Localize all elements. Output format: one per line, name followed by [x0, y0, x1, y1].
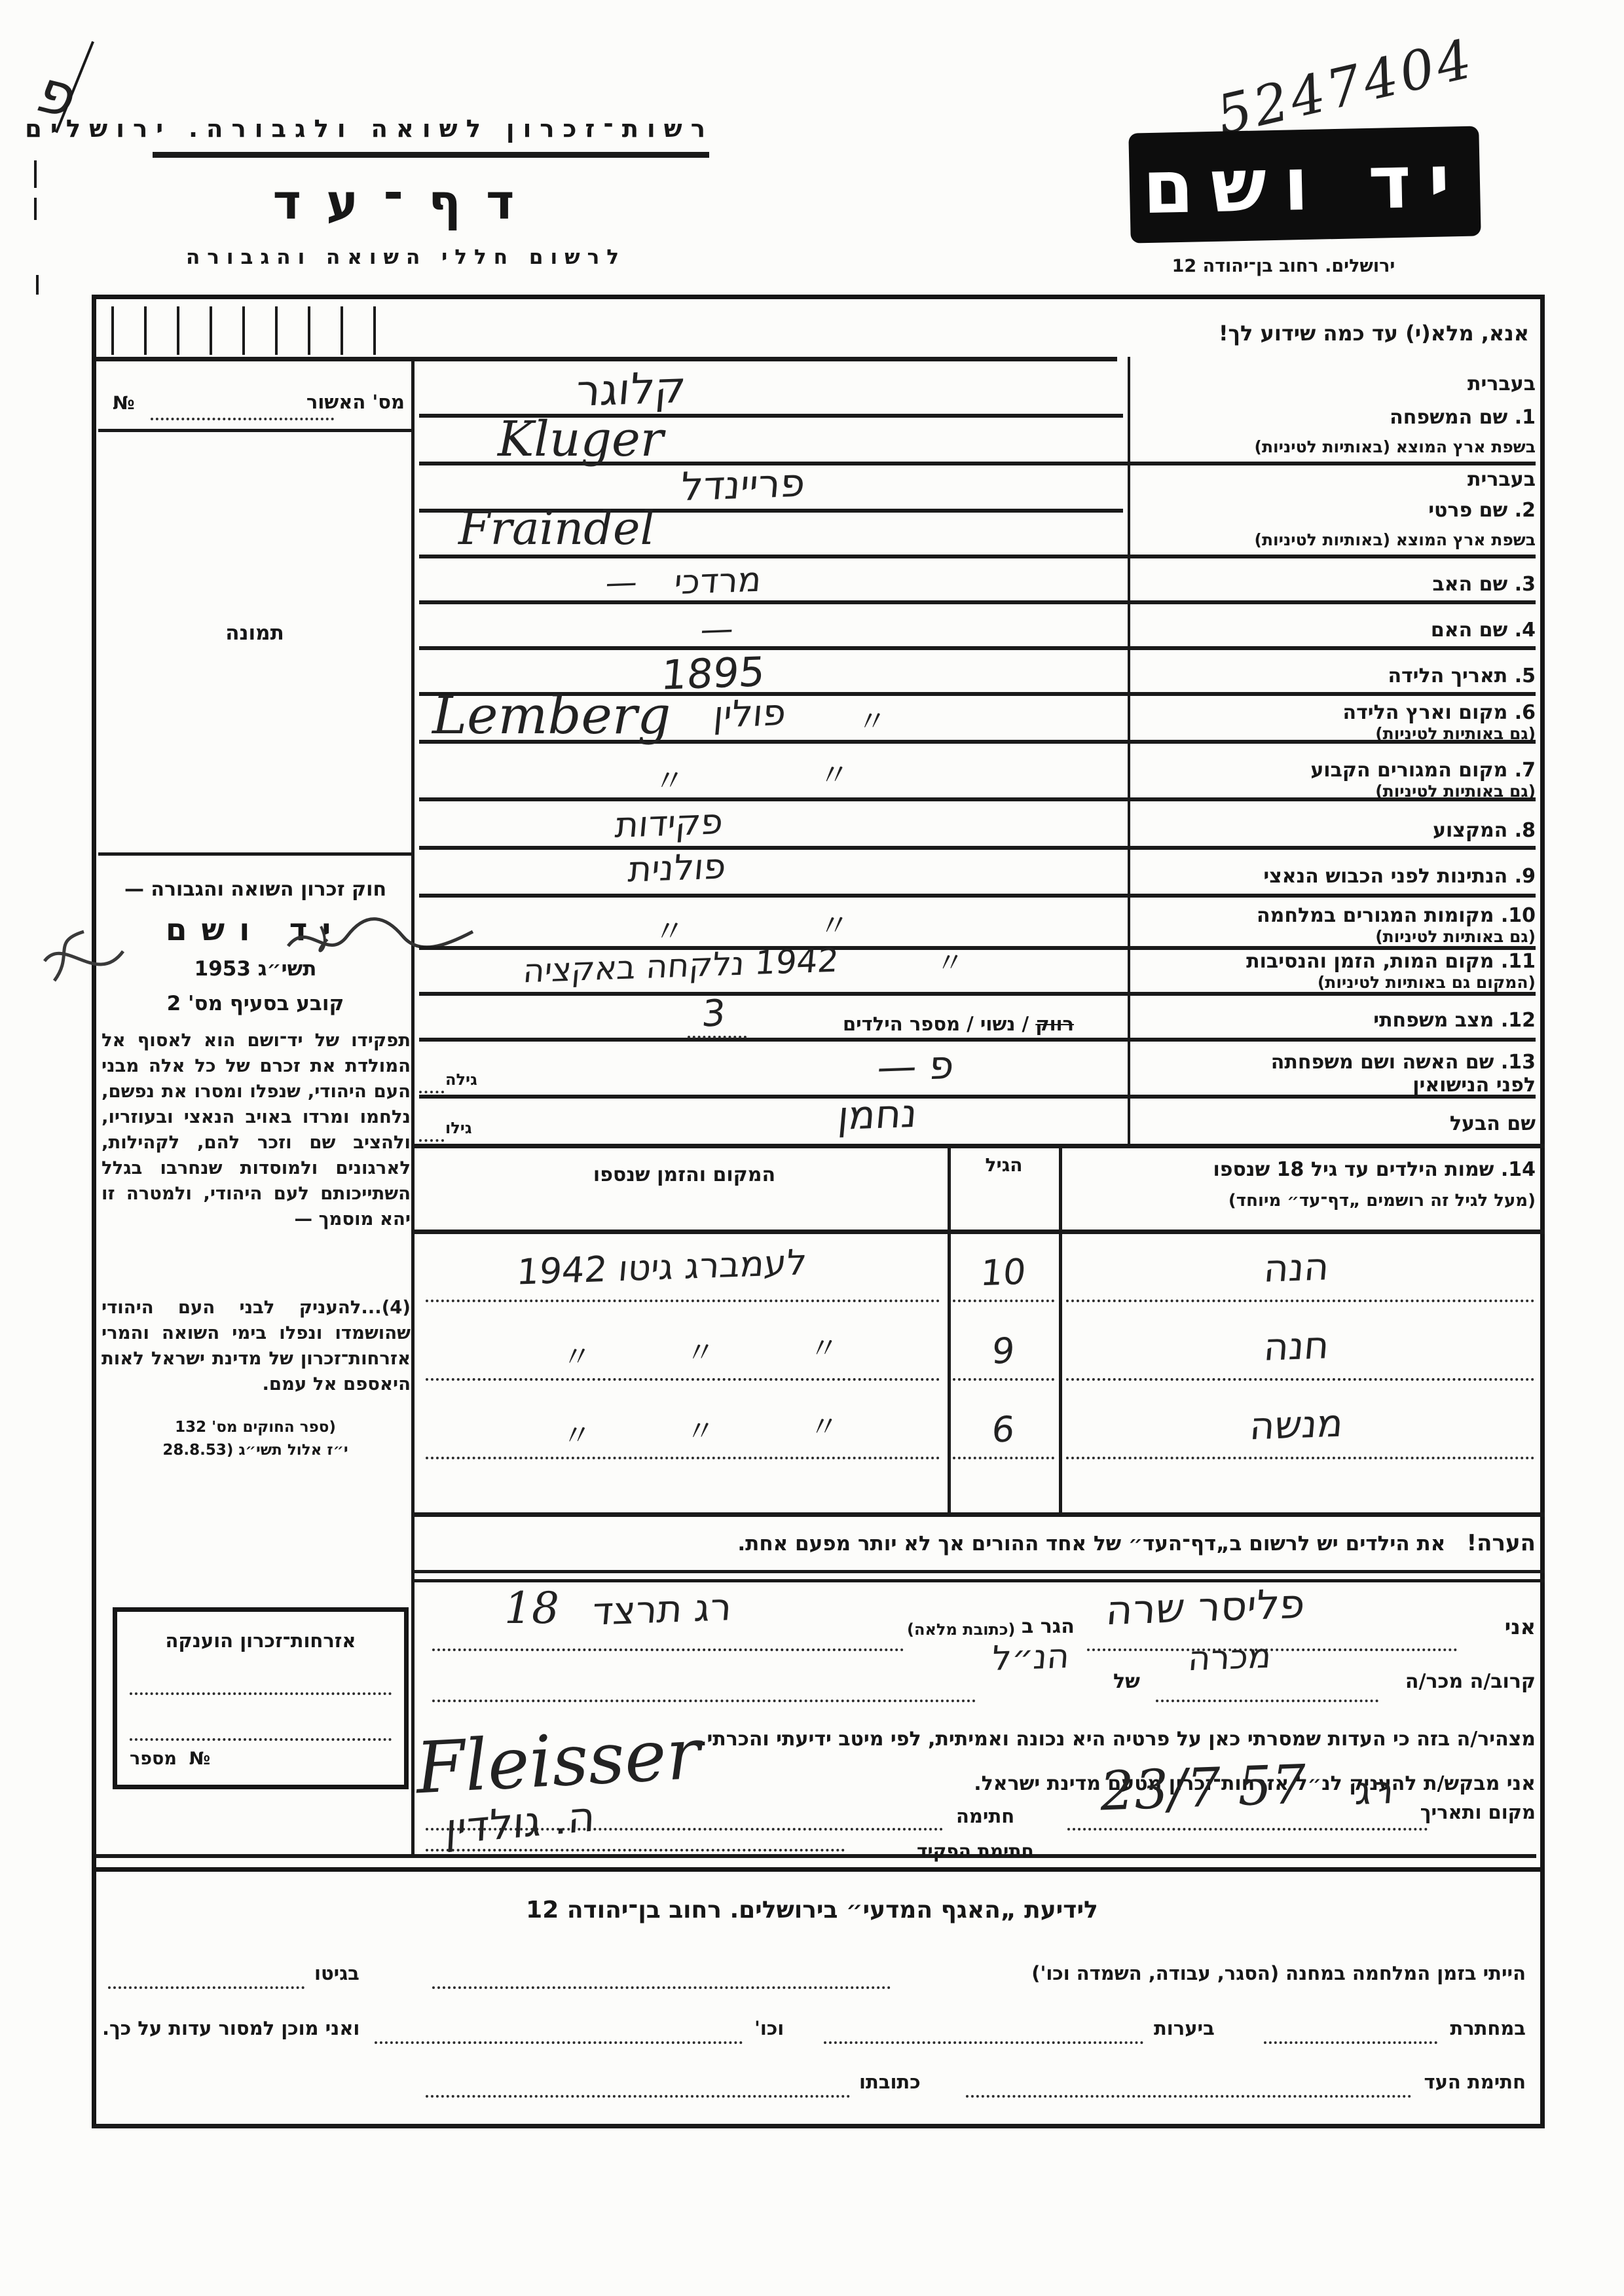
- father-name-dash-hw: —: [604, 564, 638, 602]
- field5-label: 5. תאריך הלידה: [1388, 665, 1536, 687]
- field-line-4: [419, 646, 1536, 650]
- field6-sublabel: (גם באותיות לטיניות): [1375, 725, 1536, 743]
- table-row-line: [426, 1378, 940, 1381]
- father-name-hw: מרדכי: [673, 560, 763, 603]
- serial-tick: [341, 306, 343, 355]
- approval-no-sign: №: [113, 393, 135, 413]
- family-name-latin-hw: Kluger: [498, 411, 663, 467]
- field11-sublabel: (המקום גם באותיות לטיניות): [1318, 974, 1536, 992]
- table-row-line: [1066, 1300, 1534, 1302]
- wife-age-line: [419, 1091, 444, 1093]
- mother-name-hw: —: [699, 610, 735, 649]
- declaration-line: מצהיר/ה בזה כי העדות שמסרתי כאן על פרטיה…: [699, 1728, 1536, 1751]
- wife-age-label: גילה: [445, 1071, 477, 1089]
- child-age-hw: 6: [949, 1407, 1058, 1452]
- citizenship-line: [130, 1738, 392, 1741]
- margin-tick: [36, 275, 39, 295]
- field1-sublabel: בשפת ארץ המוצא (באותיות לטיניות): [1255, 438, 1536, 456]
- note-label: הערה!: [1467, 1530, 1536, 1556]
- witness-addr-label: כתובתו: [859, 2071, 921, 2092]
- table-row-line: [953, 1378, 1054, 1381]
- field3-label: 3. שם האב: [1432, 574, 1536, 596]
- table-col-divider: [948, 1144, 951, 1517]
- field7-label: 7. מקום המגורים הקבוע: [1310, 759, 1536, 782]
- law-body: תפקידו של יד־ושם הוא לאסוף אל המולדת את …: [101, 1028, 411, 1232]
- form-title: דף־עד: [98, 175, 714, 230]
- field-line-13: [419, 1095, 1536, 1099]
- margin-scribble: [38, 915, 130, 994]
- serial-tick: [275, 306, 278, 355]
- birth-year-hw: 1895: [659, 647, 767, 699]
- law-section-line: קובע בסעיף מס' 2: [101, 993, 409, 1015]
- clerk-signature-line: [426, 1849, 845, 1851]
- residence-ditto-hw: 〃 〃: [653, 751, 852, 801]
- approval-number-line: [151, 418, 334, 420]
- first-name-latin-hw: Fraindel: [458, 501, 655, 555]
- serial-tick: [373, 306, 376, 355]
- table-row-line: [953, 1457, 1054, 1459]
- labels-column-divider: [1128, 357, 1130, 1146]
- child-age-hw: 9: [949, 1328, 1058, 1374]
- table-bottom-rule: [415, 1512, 1545, 1517]
- left-col-rule: [98, 852, 411, 856]
- relation-line: [1156, 1700, 1378, 1702]
- table-header-names-sub: (מעל לגיל זה רושמים „דף־עד״ מיוחד): [1228, 1192, 1536, 1211]
- husband-age-label: גילו: [445, 1120, 472, 1137]
- serial-tick: [111, 306, 114, 355]
- table-row-line: [1066, 1457, 1534, 1459]
- law-heading: חוק זכרון השואה והגבורה —: [101, 879, 409, 901]
- husband-age-line: [419, 1139, 444, 1142]
- table-col-divider: [1059, 1144, 1062, 1517]
- field13-label: 13. שם האשה ושם משפחתה: [1271, 1051, 1536, 1074]
- forests-line: [824, 2041, 1143, 2044]
- serial-tick: [144, 306, 147, 355]
- citizenship-number-label: № מספר: [130, 1749, 210, 1769]
- field-line-12: [419, 1038, 1536, 1042]
- children-count-hw: 3: [700, 992, 727, 1035]
- yad-vashem-logo: יד ושם: [1128, 126, 1481, 243]
- field11-label: 11. מקום המות, הזמן והנסיבות: [1246, 951, 1536, 973]
- form-subtitle: לרשום חללי השואה והגבורה: [98, 246, 714, 269]
- field7-sublabel: (גם באותיות לטיניות): [1375, 782, 1536, 801]
- serial-tick: [177, 306, 179, 355]
- ghetto-label: בגיטו: [314, 1963, 360, 1984]
- logo-address: ירושלים. רחוב בן־יהודה 12: [1087, 257, 1480, 276]
- witness-address-hw: רג תרצד: [591, 1584, 734, 1633]
- field1-label: 1. שם המשפחה: [1390, 407, 1536, 429]
- header-rule: [153, 152, 709, 158]
- field2-label: 2. שם פרטי: [1428, 500, 1536, 522]
- margin-tick: [34, 198, 37, 220]
- field8-label: 8. המקצוע: [1433, 820, 1536, 842]
- witness-name-hw: פליסר שרה: [1104, 1580, 1307, 1635]
- wife-name-hw: פ —: [876, 1042, 956, 1091]
- birth-place-hebrew-hw: פולין: [712, 691, 788, 737]
- field2-lang: בעברית: [1467, 469, 1536, 491]
- family-name-hebrew-hw: קלוגר: [574, 362, 688, 416]
- birth-place-ditto-hw: 〃: [856, 697, 889, 740]
- husband-name-hw: נחמן: [836, 1091, 919, 1139]
- witness-sig-label: חתימת העד: [1424, 2071, 1526, 2092]
- serial-tick: [242, 306, 245, 355]
- table-top-rule: [415, 1144, 1545, 1148]
- left-column-divider: [411, 357, 415, 1857]
- authority-line: רשות־זכרון לשואה ולגבורה. ירושלים: [98, 115, 714, 142]
- fill-instruction: אנא, מלא(י) עד כמה שידוע לך!: [1219, 322, 1529, 346]
- table-row-line: [953, 1300, 1054, 1302]
- nationality-hw: פולנית: [627, 845, 728, 890]
- field-line-3: [419, 600, 1536, 604]
- table-header-place: המקום והזמן שנספו: [426, 1164, 943, 1186]
- child-age-hw: 10: [949, 1250, 1058, 1295]
- option-single: רווק: [1035, 1013, 1074, 1035]
- field4-label: 4. שם האם: [1431, 619, 1536, 642]
- relation-line: [432, 1700, 976, 1702]
- marital-status-options: רווק / נשוי / מספר הילדים: [843, 1013, 1074, 1034]
- witness-addr-line: [426, 2095, 850, 2098]
- serial-tick: [308, 306, 310, 355]
- table-header-age: הגיל: [951, 1155, 1057, 1175]
- children-count-line: [688, 1036, 747, 1038]
- note-text: את הילדים יש לרשום ב„דף־העד״ של אחד ההור…: [737, 1532, 1445, 1556]
- witness-address-number-hw: 18: [504, 1583, 559, 1633]
- place-hw: רג: [1354, 1767, 1396, 1814]
- field-line-7: [419, 797, 1536, 801]
- form-bottom-inner-rule: [96, 1854, 1536, 1858]
- field12-label: 12. מצב משפחתי: [1373, 1010, 1536, 1032]
- children-note: הערה! את הילדים יש לרשום ב„דף־העד״ של אח…: [737, 1531, 1536, 1556]
- table-row-line: [426, 1300, 940, 1302]
- first-name-hebrew-hw: פריינדל: [679, 460, 807, 511]
- field10-label: 10. מקומות המגורים במלחמה: [1257, 905, 1536, 927]
- ghetto-line: [108, 1986, 304, 1989]
- options-rest: / נשוי / מספר הילדים: [843, 1013, 1029, 1035]
- date-line: [1067, 1828, 1428, 1831]
- etc-label: וכו': [754, 2018, 784, 2039]
- relation-label: קרוב/ה מכר/ה: [1405, 1671, 1536, 1693]
- camp-line: [432, 1986, 891, 1989]
- yad-vashem-logo-text: יד ושם: [1142, 145, 1467, 225]
- field9-label: 9. הנתינות לפני הכבוש הנאצי: [1263, 866, 1536, 888]
- place-date-label: מקום ותאריך: [1420, 1802, 1536, 1823]
- field13-label2: לפני הנישואין: [1412, 1074, 1536, 1097]
- etc-line: [375, 2041, 743, 2044]
- testify-line: ואני מוכן למסור עדות על כך.: [102, 2018, 360, 2039]
- field10-sublabel: (גם באותיות לטיניות): [1375, 928, 1536, 946]
- serial-tick: [210, 306, 212, 355]
- relation-hw: מכרה: [1187, 1637, 1273, 1679]
- field-line-9: [419, 894, 1536, 898]
- underground-line: [1264, 2041, 1437, 2044]
- scanned-testimony-page: פ רשות־זכרון לשואה ולגבורה. ירושלים דף־ע…: [0, 0, 1624, 2296]
- relation-of-label: של: [1113, 1671, 1140, 1693]
- death-place-ditto-hw: 〃: [934, 941, 965, 981]
- citizenship-line: [130, 1692, 392, 1695]
- husband-label: שם הבעל: [1450, 1113, 1536, 1135]
- law-year-line: תשי״ג 1953: [101, 958, 409, 981]
- witness-prefix: אני: [1505, 1616, 1536, 1639]
- law-reference-2: י״ז אלול תשי״ג (28.8.53: [101, 1442, 409, 1459]
- clerk-signature-label: חתימת הפקיד: [917, 1841, 1034, 1861]
- witness-residence-label: הגר ב: [1022, 1616, 1075, 1638]
- profession-hw: פקידות: [614, 801, 725, 846]
- witness-sig-line: [966, 2095, 1411, 2098]
- citizenship-number-word: מספר: [130, 1749, 177, 1769]
- field-line-8: [419, 846, 1536, 850]
- date-hw: 23/7 57: [1099, 1754, 1307, 1823]
- field6-label: 6. מקום וארץ הלידה: [1343, 702, 1536, 724]
- underground-label: במחתרת: [1450, 2018, 1526, 2039]
- field1-lang: בעברית: [1467, 373, 1536, 395]
- signature-label: חתימה: [956, 1806, 1014, 1827]
- table-header-rule: [415, 1230, 1545, 1234]
- field2-sublabel: בשפת ארץ המוצא (באותיות לטיניות): [1255, 531, 1536, 549]
- table-row-line: [1066, 1378, 1534, 1381]
- witness-residence-sublabel: (כתובת מלאה): [907, 1621, 1015, 1639]
- witness-line: [1087, 1649, 1457, 1651]
- citizenship-no-sign: №: [189, 1749, 210, 1769]
- top-strip-rule: [96, 357, 1117, 361]
- left-col-rule: [98, 429, 411, 432]
- law-reference-1: (ספר החוקים מס' 132: [101, 1419, 409, 1436]
- photo-placeholder-label: תמונה: [98, 622, 411, 645]
- table-header-names: 14. שמות הילדים עד גיל 18 שנספו: [1213, 1159, 1536, 1181]
- witness-line: [432, 1649, 904, 1651]
- margin-tick: [34, 160, 37, 188]
- bottom-title: לידיעת „האגף המדעי״ בירושלים. רחוב בן־יה…: [157, 1897, 1467, 1923]
- birth-place-latin-hw: Lemberg: [432, 685, 671, 746]
- law-clause: (4)...להעניק לבני העם היהודי שהושמדו ונפ…: [101, 1295, 411, 1397]
- forests-label: ביערות: [1154, 2018, 1215, 2039]
- approval-number-label: מס' האשור: [306, 392, 405, 412]
- double-rule: [415, 1579, 1545, 1582]
- table-row-line: [426, 1457, 940, 1459]
- camp-line-label: הייתי בזמן המלחמה במחנה (הסגר, עבודה, הש…: [1031, 1963, 1526, 1984]
- relation-of-hw: הנ״ל: [990, 1637, 1071, 1679]
- field-line-11: [419, 992, 1536, 996]
- citizenship-granted-title: אזרחות־זכרון הוענקה: [121, 1630, 400, 1651]
- double-rule: [415, 1570, 1545, 1573]
